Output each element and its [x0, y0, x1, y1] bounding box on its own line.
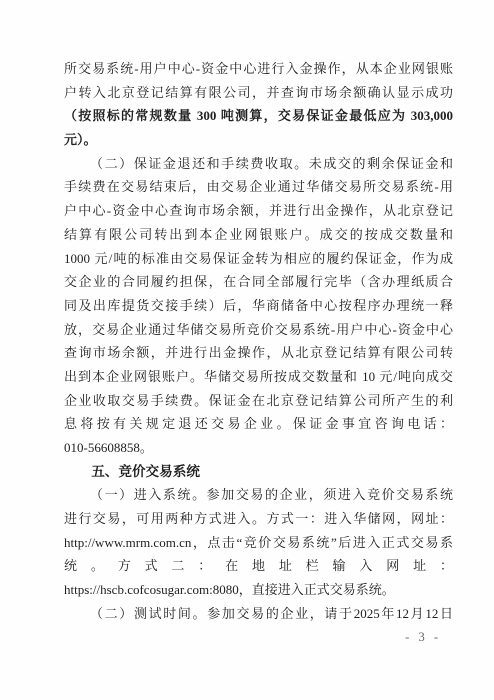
text-line: 五、竞价交易系统	[64, 460, 453, 484]
text-line: （二）保证金退还和手续费收取。未成交的剩余保证金和	[64, 152, 453, 176]
text-line: 1000 元/吨的标准由交易保证金转为相应的履约保证金，作为成	[64, 247, 453, 271]
page-number: - 3 -	[405, 630, 441, 645]
document-body: 所交易系统-用户中心-资金中心进行入金操作，从本企业网银账户转入北京登记结算有限…	[64, 57, 453, 626]
text-line: 统。方式二：在地址栏输入网址：	[64, 554, 453, 578]
text-line: 息将按有关规定退还交易企业。保证金事宜咨询电话：	[64, 412, 453, 436]
text-line: 结算有限公司转出到本企业网银账户。成交的按成交数量和	[64, 223, 453, 247]
text-line: 企业收取交易手续费。保证金在北京登记结算公司所产生的利	[64, 389, 453, 413]
text-line: 010-56608858。	[64, 436, 453, 460]
text-line: 交企业的合同履约担保，在合同全部履行完毕（含办理纸质合	[64, 270, 453, 294]
text-line: （二）测试时间。参加交易的企业，请于2025年12月12日	[64, 602, 453, 626]
text-line: 出到本企业网银账户。华储交易所按成交数量和 10 元/吨向成交	[64, 365, 453, 389]
document-page: 所交易系统-用户中心-资金中心进行入金操作，从本企业网银账户转入北京登记结算有限…	[0, 0, 494, 700]
text-line: 户中心-资金中心查询市场余额，并进行出金操作，从北京登记	[64, 199, 453, 223]
text-line: （按照标的常规数量 300 吨测算，交易保证金最低应为 303,000	[64, 104, 453, 128]
text-line: 手续费在交易结束后，由交易企业通过华储交易所交易系统-用	[64, 175, 453, 199]
text-line: http://www.mrm.com.cn，点击“竞价交易系统”后进入正式交易系	[64, 531, 453, 555]
text-line: 同及出库提货交接手续）后，华商储备中心按程序办理统一释	[64, 294, 453, 318]
text-line: 放，交易企业通过华储交易所竞价交易系统-用户中心-资金中心	[64, 318, 453, 342]
text-line: 进行交易，可用两种方式进入。方式一：进入华储网，网址：	[64, 507, 453, 531]
text-line: 所交易系统-用户中心-资金中心进行入金操作，从本企业网银账	[64, 57, 453, 81]
text-line: 查询市场余额，并进行出金操作，从北京登记结算有限公司转	[64, 341, 453, 365]
text-line: 元）。	[64, 128, 453, 152]
text-line: （一）进入系统。参加交易的企业，须进入竞价交易系统	[64, 483, 453, 507]
text-line: https://hscb.cofcosugar.com:8080，直接进入正式交…	[64, 578, 453, 602]
text-line: 户转入北京登记结算有限公司，并查询市场余额确认显示成功	[64, 81, 453, 105]
